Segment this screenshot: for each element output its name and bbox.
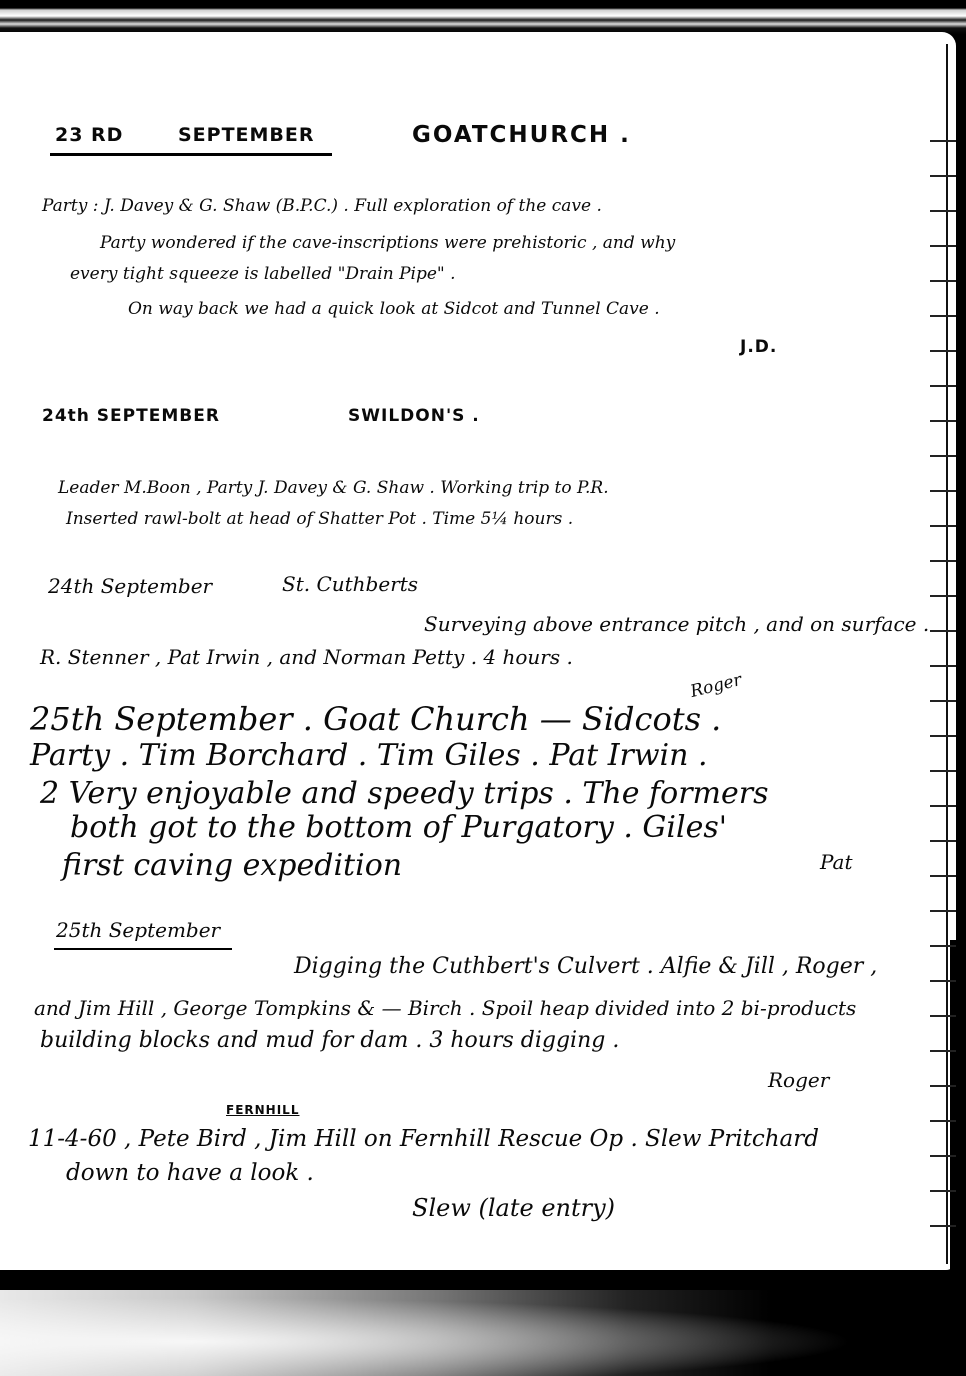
margin-tick — [930, 560, 956, 562]
entry-line: 11-4-60 , Pete Bird , Jim Hill on Fernhi… — [28, 1126, 819, 1152]
margin-tick — [930, 875, 956, 877]
margin-tick — [930, 350, 956, 352]
entry-line: Digging the Cuthbert's Culvert . Alfie &… — [294, 954, 877, 979]
entry-line: Inserted rawl-bolt at head of Shatter Po… — [66, 509, 573, 529]
margin-tick — [930, 1225, 956, 1227]
entry-signature: Roger — [768, 1068, 829, 1092]
margin-tick — [930, 315, 956, 317]
entry-signature: Slew (late entry) — [412, 1194, 615, 1222]
entry-line: Party wondered if the cave-inscriptions … — [100, 233, 675, 253]
margin-tick — [930, 1050, 956, 1052]
entry-line: Party : J. Davey & G. Shaw (B.P.C.) . Fu… — [42, 196, 602, 216]
margin-tick — [930, 1015, 956, 1017]
scan-top-edge — [0, 0, 966, 34]
entry-month: SEPTEMBER — [178, 124, 315, 146]
date-underline — [54, 948, 232, 950]
entry-location: St. Cuthberts — [282, 572, 418, 596]
entry-line: every tight squeeze is labelled "Drain P… — [70, 264, 456, 284]
margin-tick — [930, 1155, 956, 1157]
margin-tick — [930, 490, 956, 492]
margin-tick — [930, 420, 956, 422]
margin-tick — [930, 735, 956, 737]
margin-tick — [930, 945, 956, 947]
margin-tick — [930, 525, 956, 527]
margin-tick — [930, 665, 956, 667]
entry-date: 25th September — [56, 918, 220, 942]
margin-tick — [930, 840, 956, 842]
margin-tick — [930, 770, 956, 772]
entry-line: both got to the bottom of Purgatory . Gi… — [70, 810, 727, 845]
margin-tick — [930, 980, 956, 982]
margin-tick — [930, 1120, 956, 1122]
entry-location: SWILDON'S . — [348, 406, 480, 426]
margin-tick — [930, 280, 956, 282]
page-margin-line — [946, 44, 948, 1264]
entry-signature: J.D. — [740, 337, 777, 357]
margin-tick — [930, 910, 956, 912]
scan-right-shadow — [950, 940, 966, 1270]
margin-tick — [930, 455, 956, 457]
entry-line: R. Stenner , Pat Irwin , and Norman Pett… — [40, 645, 573, 669]
entry-annotation: FERNHILL — [226, 1103, 299, 1117]
scan-bottom-shadow — [0, 1290, 966, 1376]
entry-line: first caving expedition — [62, 848, 402, 883]
entry-line: and Jim Hill , George Tompkins & — Birch… — [34, 996, 856, 1020]
entry-line: Party . Tim Borchard . Tim Giles . Pat I… — [30, 738, 708, 773]
entry-line: Surveying above entrance pitch , and on … — [424, 612, 929, 636]
entry-line: On way back we had a quick look at Sidco… — [128, 299, 660, 319]
margin-tick — [930, 1085, 956, 1087]
entry-line: down to have a look . — [66, 1160, 314, 1186]
margin-tick — [930, 140, 956, 142]
margin-tick — [930, 700, 956, 702]
margin-tick — [930, 595, 956, 597]
margin-tick — [930, 175, 956, 177]
margin-tick — [930, 1190, 956, 1192]
entry-signature: Pat — [820, 850, 853, 874]
entry-location: GOATCHURCH . — [412, 122, 631, 148]
entry-line: 2 Very enjoyable and speedy trips . The … — [40, 776, 768, 811]
entry-line: Leader M.Boon , Party J. Davey & G. Shaw… — [58, 478, 609, 498]
entry-date: 23 RD — [55, 124, 123, 146]
entry-date: 24th SEPTEMBER — [42, 406, 220, 426]
entry-line: building blocks and mud for dam . 3 hour… — [40, 1028, 619, 1053]
margin-tick — [930, 630, 956, 632]
entry-heading: 25th September . Goat Church — Sidcots . — [30, 700, 721, 738]
date-underline — [50, 153, 332, 156]
margin-tick — [930, 245, 956, 247]
margin-tick — [930, 210, 956, 212]
margin-tick — [930, 805, 956, 807]
entry-date: 24th September — [48, 574, 212, 598]
margin-tick — [930, 385, 956, 387]
